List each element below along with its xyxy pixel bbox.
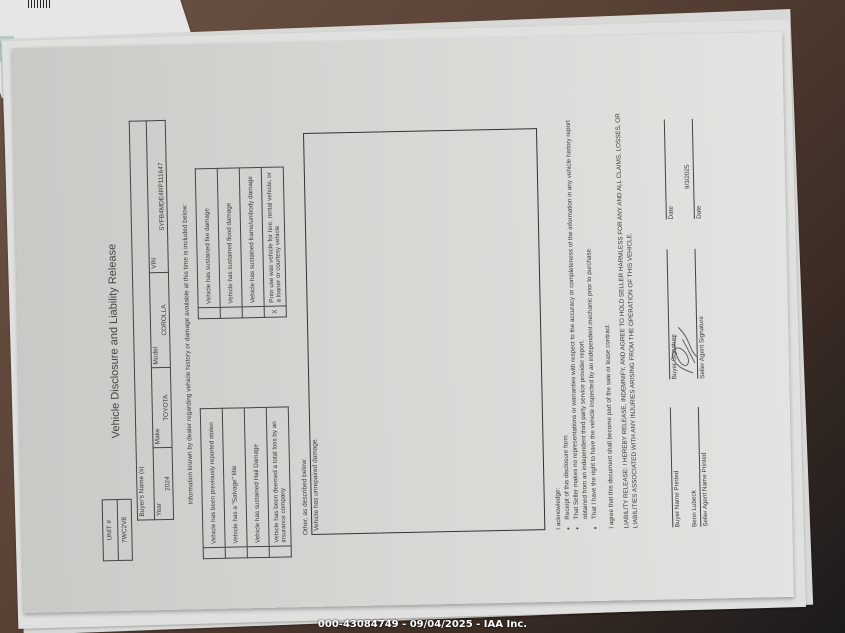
year-value: 2024 <box>164 451 172 516</box>
seller-date-value: 9/3/2025 <box>684 164 692 189</box>
checklist-label: Vehicle has sustained Hail Damage <box>244 407 269 546</box>
checklist-label: Vehicle has sustained fire damage <box>195 168 220 307</box>
other-label: Other, as described below: <box>301 458 310 535</box>
barcode-fragment <box>28 0 50 8</box>
vehicle-info-table: Buyer's Name (s) Year 2024 Make TOYOTA M… <box>129 120 174 521</box>
checkbox[interactable] <box>225 547 247 558</box>
checklist-row: Vehicle has sustained Hail Damage <box>244 407 269 557</box>
vehicle-disclosure-form: UNIT # 7WC2V8 Vehicle Disclosure and Lia… <box>94 108 723 561</box>
seller-signature-label: Seller Agent Signature <box>698 316 706 379</box>
checklist-row: Vehicle has been deemed a total loss by … <box>266 407 291 557</box>
checklist-label: Vehicle has sustained frame/unibody dama… <box>239 167 264 306</box>
model-value: COROLLA <box>160 276 169 365</box>
intro-text: Information known by dealer regarding ve… <box>181 204 194 505</box>
seller-date-line[interactable]: Date <box>692 119 703 219</box>
checkbox[interactable] <box>247 546 269 557</box>
checkbox[interactable] <box>220 307 242 318</box>
seller-name-line: Seller Agent Name Printed <box>698 407 710 527</box>
liability-release-text: LIABILITY RELEASE: I HEREBY RELEASE, IND… <box>613 98 640 528</box>
checklist-row: Vehicle has sustained fire damage <box>195 168 220 318</box>
model-field: Model COROLLA <box>149 272 170 368</box>
acknowledgement-section: I acknowledge: Receipt of this disclosur… <box>546 111 600 530</box>
seller-date-label: Date <box>696 205 703 218</box>
checkbox[interactable] <box>198 307 220 318</box>
model-label: Model <box>152 347 159 365</box>
make-label: Make <box>154 428 161 444</box>
checkbox[interactable] <box>269 546 291 557</box>
checklist-label: Vehicle has a "Salvage" title <box>222 408 247 547</box>
checklist-row: Vehicle has been previously reported sto… <box>200 408 225 558</box>
checklist-label: Prior use was vehicle for hire, rental v… <box>261 167 286 306</box>
checklist-row: Vehicle has sustained frame/unibody dama… <box>239 167 264 317</box>
seller-signature-line[interactable]: Seller Agent Signature <box>695 249 707 379</box>
checkbox[interactable] <box>203 547 225 558</box>
document-page: UNIT # 7WC2V8 Vehicle Disclosure and Lia… <box>12 32 794 613</box>
form-title: Vehicle Disclosure and Liability Release <box>104 121 125 561</box>
year-field: Year 2024 <box>153 448 173 520</box>
damage-checklist-left: Vehicle has been previously reported sto… <box>200 406 292 559</box>
year-label: Year <box>156 503 163 516</box>
checklist-row: Vehicle has a "Salvage" title <box>222 408 247 558</box>
seller-signature-scribble <box>664 309 699 380</box>
checklist-label: Vehicle has been deemed a total loss by … <box>266 407 291 546</box>
seller-name-value: Benn Lubeck <box>691 490 699 527</box>
checkbox-checked[interactable]: X <box>264 306 286 317</box>
make-field: Make TOYOTA <box>151 368 172 448</box>
vin-value: 5YFB4MDE4RP111647 <box>157 124 167 269</box>
buyer-name-label: Buyer Name Printed <box>673 471 681 528</box>
buyer-date-line[interactable]: Date <box>664 119 675 219</box>
checklist-row: X Prior use was vehicle for hire, rental… <box>261 167 286 317</box>
checklist-label: Vehicle has sustained flood damage <box>217 168 242 307</box>
checklist-row: Vehicle has sustained flood damage <box>217 168 242 318</box>
buyer-name-line: Buyer Name Printed <box>670 407 682 527</box>
checkbox[interactable] <box>242 306 264 317</box>
vin-label: VIN <box>151 258 158 269</box>
image-caption: 000-43084749 - 09/04/2025 - IAA Inc. <box>0 616 845 633</box>
vin-field: VIN 5YFB4MDE4RP111647 <box>146 120 168 272</box>
buyer-date-label: Date <box>668 206 675 219</box>
agreement-text: I agree that this document shall become … <box>604 324 615 529</box>
make-value: TOYOTA <box>162 371 171 444</box>
seller-name-label: Seller Agent Name Printed <box>701 452 710 526</box>
other-description-box: Vehicle has unrepaired damage. <box>303 128 545 535</box>
buyer-name-label: Buyer's Name (s) <box>138 466 146 516</box>
damage-checklist-right: Vehicle has sustained fire damage Vehicl… <box>195 166 287 319</box>
checklist-label: Vehicle has been previously reported sto… <box>200 408 225 547</box>
